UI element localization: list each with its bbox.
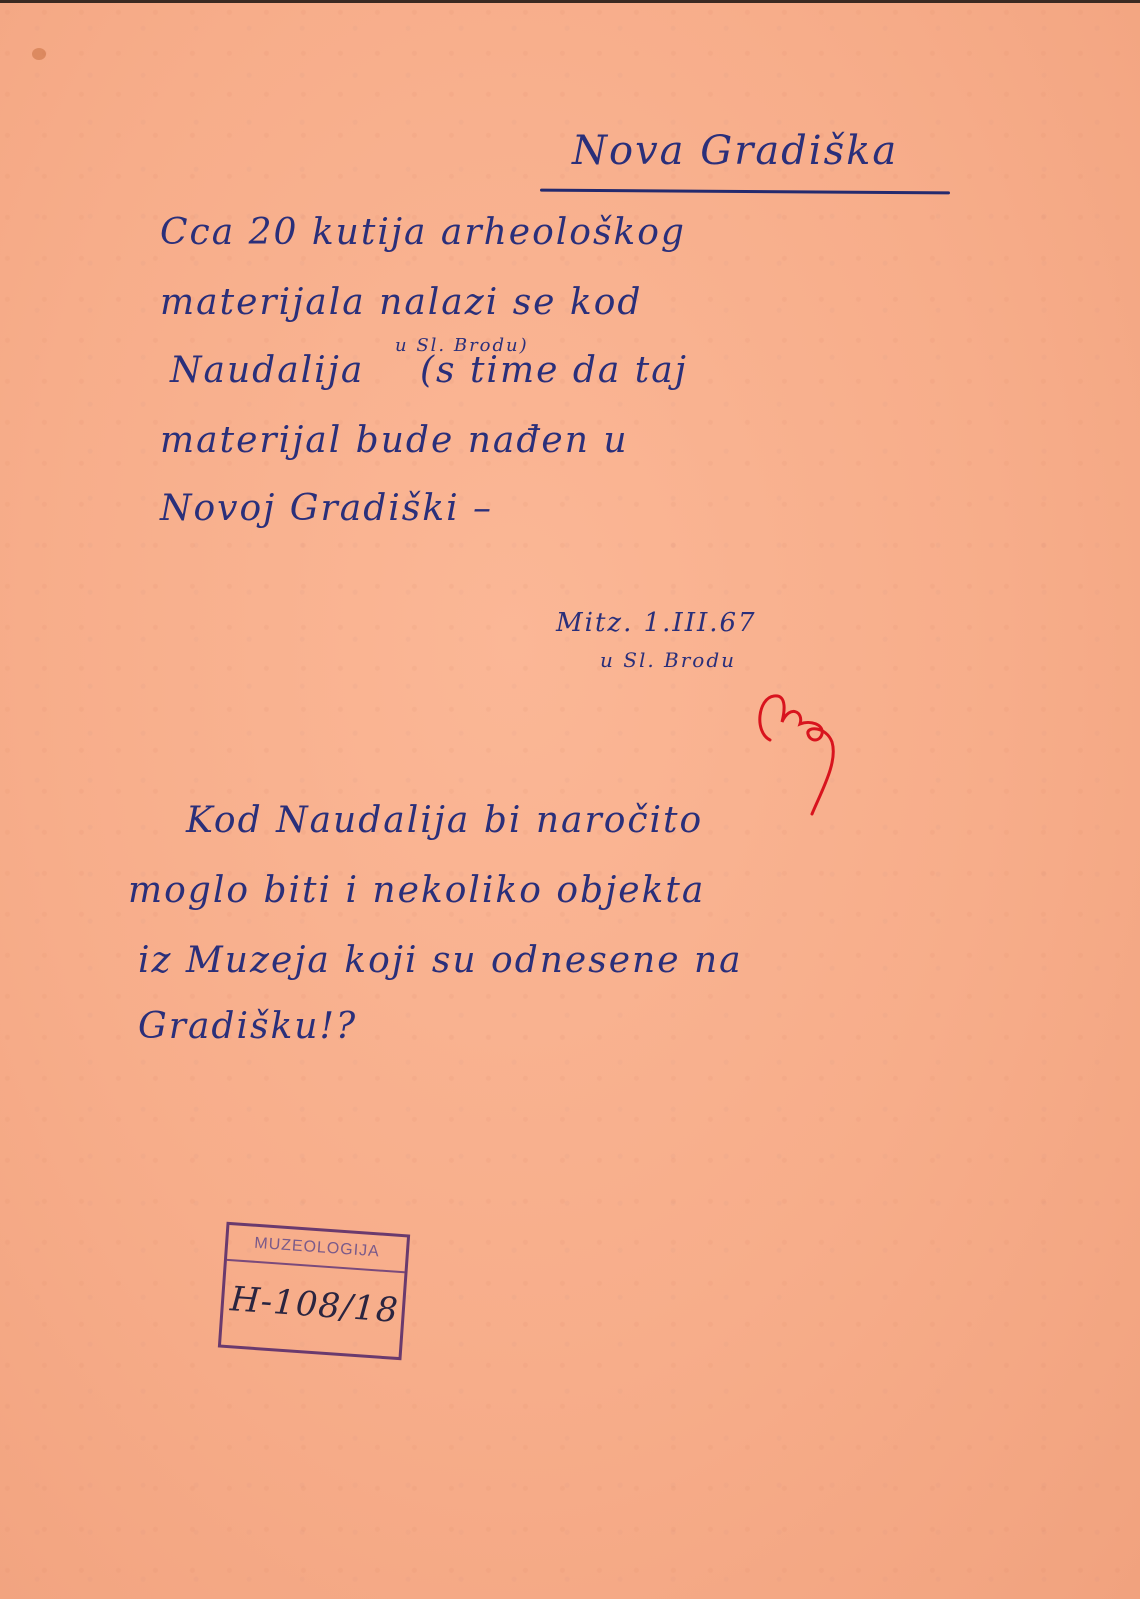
paragraph-1-line-2: materijala nalazi se kod <box>160 282 642 323</box>
red-initials-mark <box>752 690 842 820</box>
paragraph-2-line-2: moglo biti i nekoliko objekta <box>128 870 705 911</box>
stamp-inventory-number: H-108/18 <box>223 1261 405 1331</box>
document-page: Nova Gradiška Cca 20 kutija arheološkog … <box>0 0 1140 1599</box>
paragraph-2-line-3: iz Muzeja koji su odnesene na <box>138 940 743 981</box>
paragraph-1-line-5: Novoj Gradiški – <box>160 488 493 529</box>
signature-date: Mitz. 1.III.67 <box>556 608 757 638</box>
document-heading: Nova Gradiška <box>572 128 898 174</box>
scan-top-edge <box>0 0 1140 3</box>
paragraph-1-line-1: Cca 20 kutija arheološkog <box>160 212 686 253</box>
museum-stamp: MUZEOLOGIJA H-108/18 <box>218 1222 410 1361</box>
paragraph-2-line-1: Kod Naudalija bi naročito <box>186 800 703 841</box>
paragraph-1-line-3b: (s time da taj <box>420 350 688 391</box>
paragraph-1-line-4: materijal bude nađen u <box>160 420 629 461</box>
heading-underline <box>540 189 950 195</box>
paragraph-2-line-4: Gradišku!? <box>138 1006 357 1047</box>
paper-stain <box>32 48 46 60</box>
signature-place: u Sl. Brodu <box>600 648 736 672</box>
paragraph-1-line-3: Naudalija <box>170 350 364 391</box>
